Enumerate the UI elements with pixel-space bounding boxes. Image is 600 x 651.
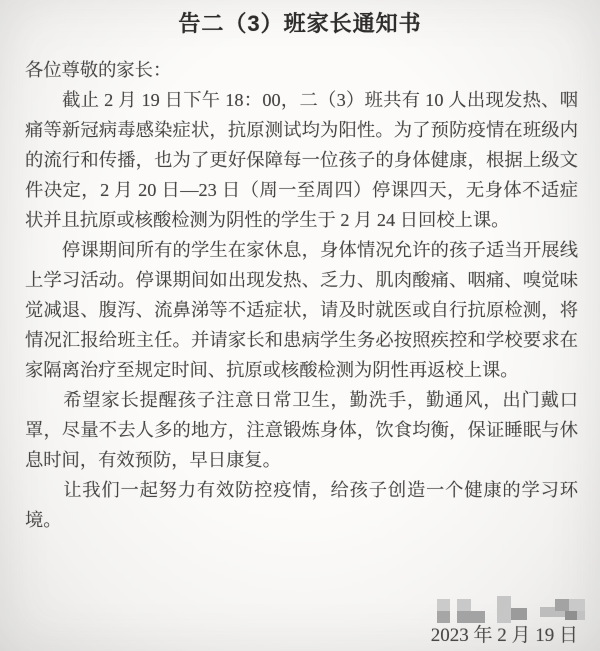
redaction-block [555, 599, 569, 611]
text-line: 上学习活动。停课期间如出现发热、乏力、肌肉酸痛、咽痛、嗅觉味 [25, 265, 578, 295]
text-line: 希望家长提醒孩子注意日常卫生，勤洗手，勤通风，出门戴口 [25, 385, 578, 415]
text-line: 让我们一起努力有效防控疫情，给孩子创造一个健康的学习环 [25, 475, 578, 505]
notice-document: 告二（3）班家长通知书 各位尊敬的家长： 截止 2 月 19 日下午 18：00… [0, 0, 600, 651]
text-line: 停课期间所有的学生在家休息，身体情况允许的孩子适当开展线 [25, 235, 578, 265]
body-lines: 截止 2 月 19 日下午 18：00，二（3）班共有 10 人出现发热、咽痛等… [25, 85, 578, 535]
text-line: 截止 2 月 19 日下午 18：00，二（3）班共有 10 人出现发热、咽 [25, 85, 578, 115]
date-line: 2023 年 2 月 19 日 [431, 622, 578, 650]
text-line: 罩，尽量不去人多的地方，注意锻炼身体，饮食均衡，保证睡眠与休 [25, 415, 578, 445]
redaction-block [565, 611, 577, 620]
redaction-block [497, 596, 511, 623]
text-line: 息时间，有效预防，早日康复。 [25, 445, 578, 475]
redaction-block [569, 599, 585, 611]
text-line: 情况汇报给班主任。并请家长和患病学生务必按照疾控和学校要求在 [25, 325, 578, 355]
redaction-block [457, 599, 471, 611]
text-line: 觉减退、腹泻、流鼻涕等不适症状，请及时就医或自行抗原检测，将 [25, 295, 578, 325]
redaction-block [577, 611, 585, 620]
text-line: 境。 [25, 505, 578, 535]
redaction-block [511, 608, 527, 620]
document-body: 各位尊敬的家长： 截止 2 月 19 日下午 18：00，二（3）班共有 10 … [25, 55, 578, 535]
document-title: 告二（3）班家长通知书 [0, 10, 600, 38]
text-line: 家隔离治疗至规定时间、抗原或核酸检测为阴性再返校上课。 [25, 355, 578, 385]
redaction-block [437, 599, 450, 611]
salutation: 各位尊敬的家长： [25, 55, 578, 85]
text-line: 的流行和传播，也为了更好保障每一位孩子的身体健康，根据上级文 [25, 145, 578, 175]
redaction-block [540, 607, 565, 617]
text-line: 件决定，2 月 20 日—23 日（周一至周四）停课四天，无身体不适症 [25, 175, 578, 205]
text-line: 状并且抗原或核酸检测为阴性的学生于 2 月 24 日回校上课。 [25, 205, 578, 235]
text-line: 痛等新冠病毒感染症状，抗原测试均为阳性。为了预防疫情在班级内 [25, 115, 578, 145]
